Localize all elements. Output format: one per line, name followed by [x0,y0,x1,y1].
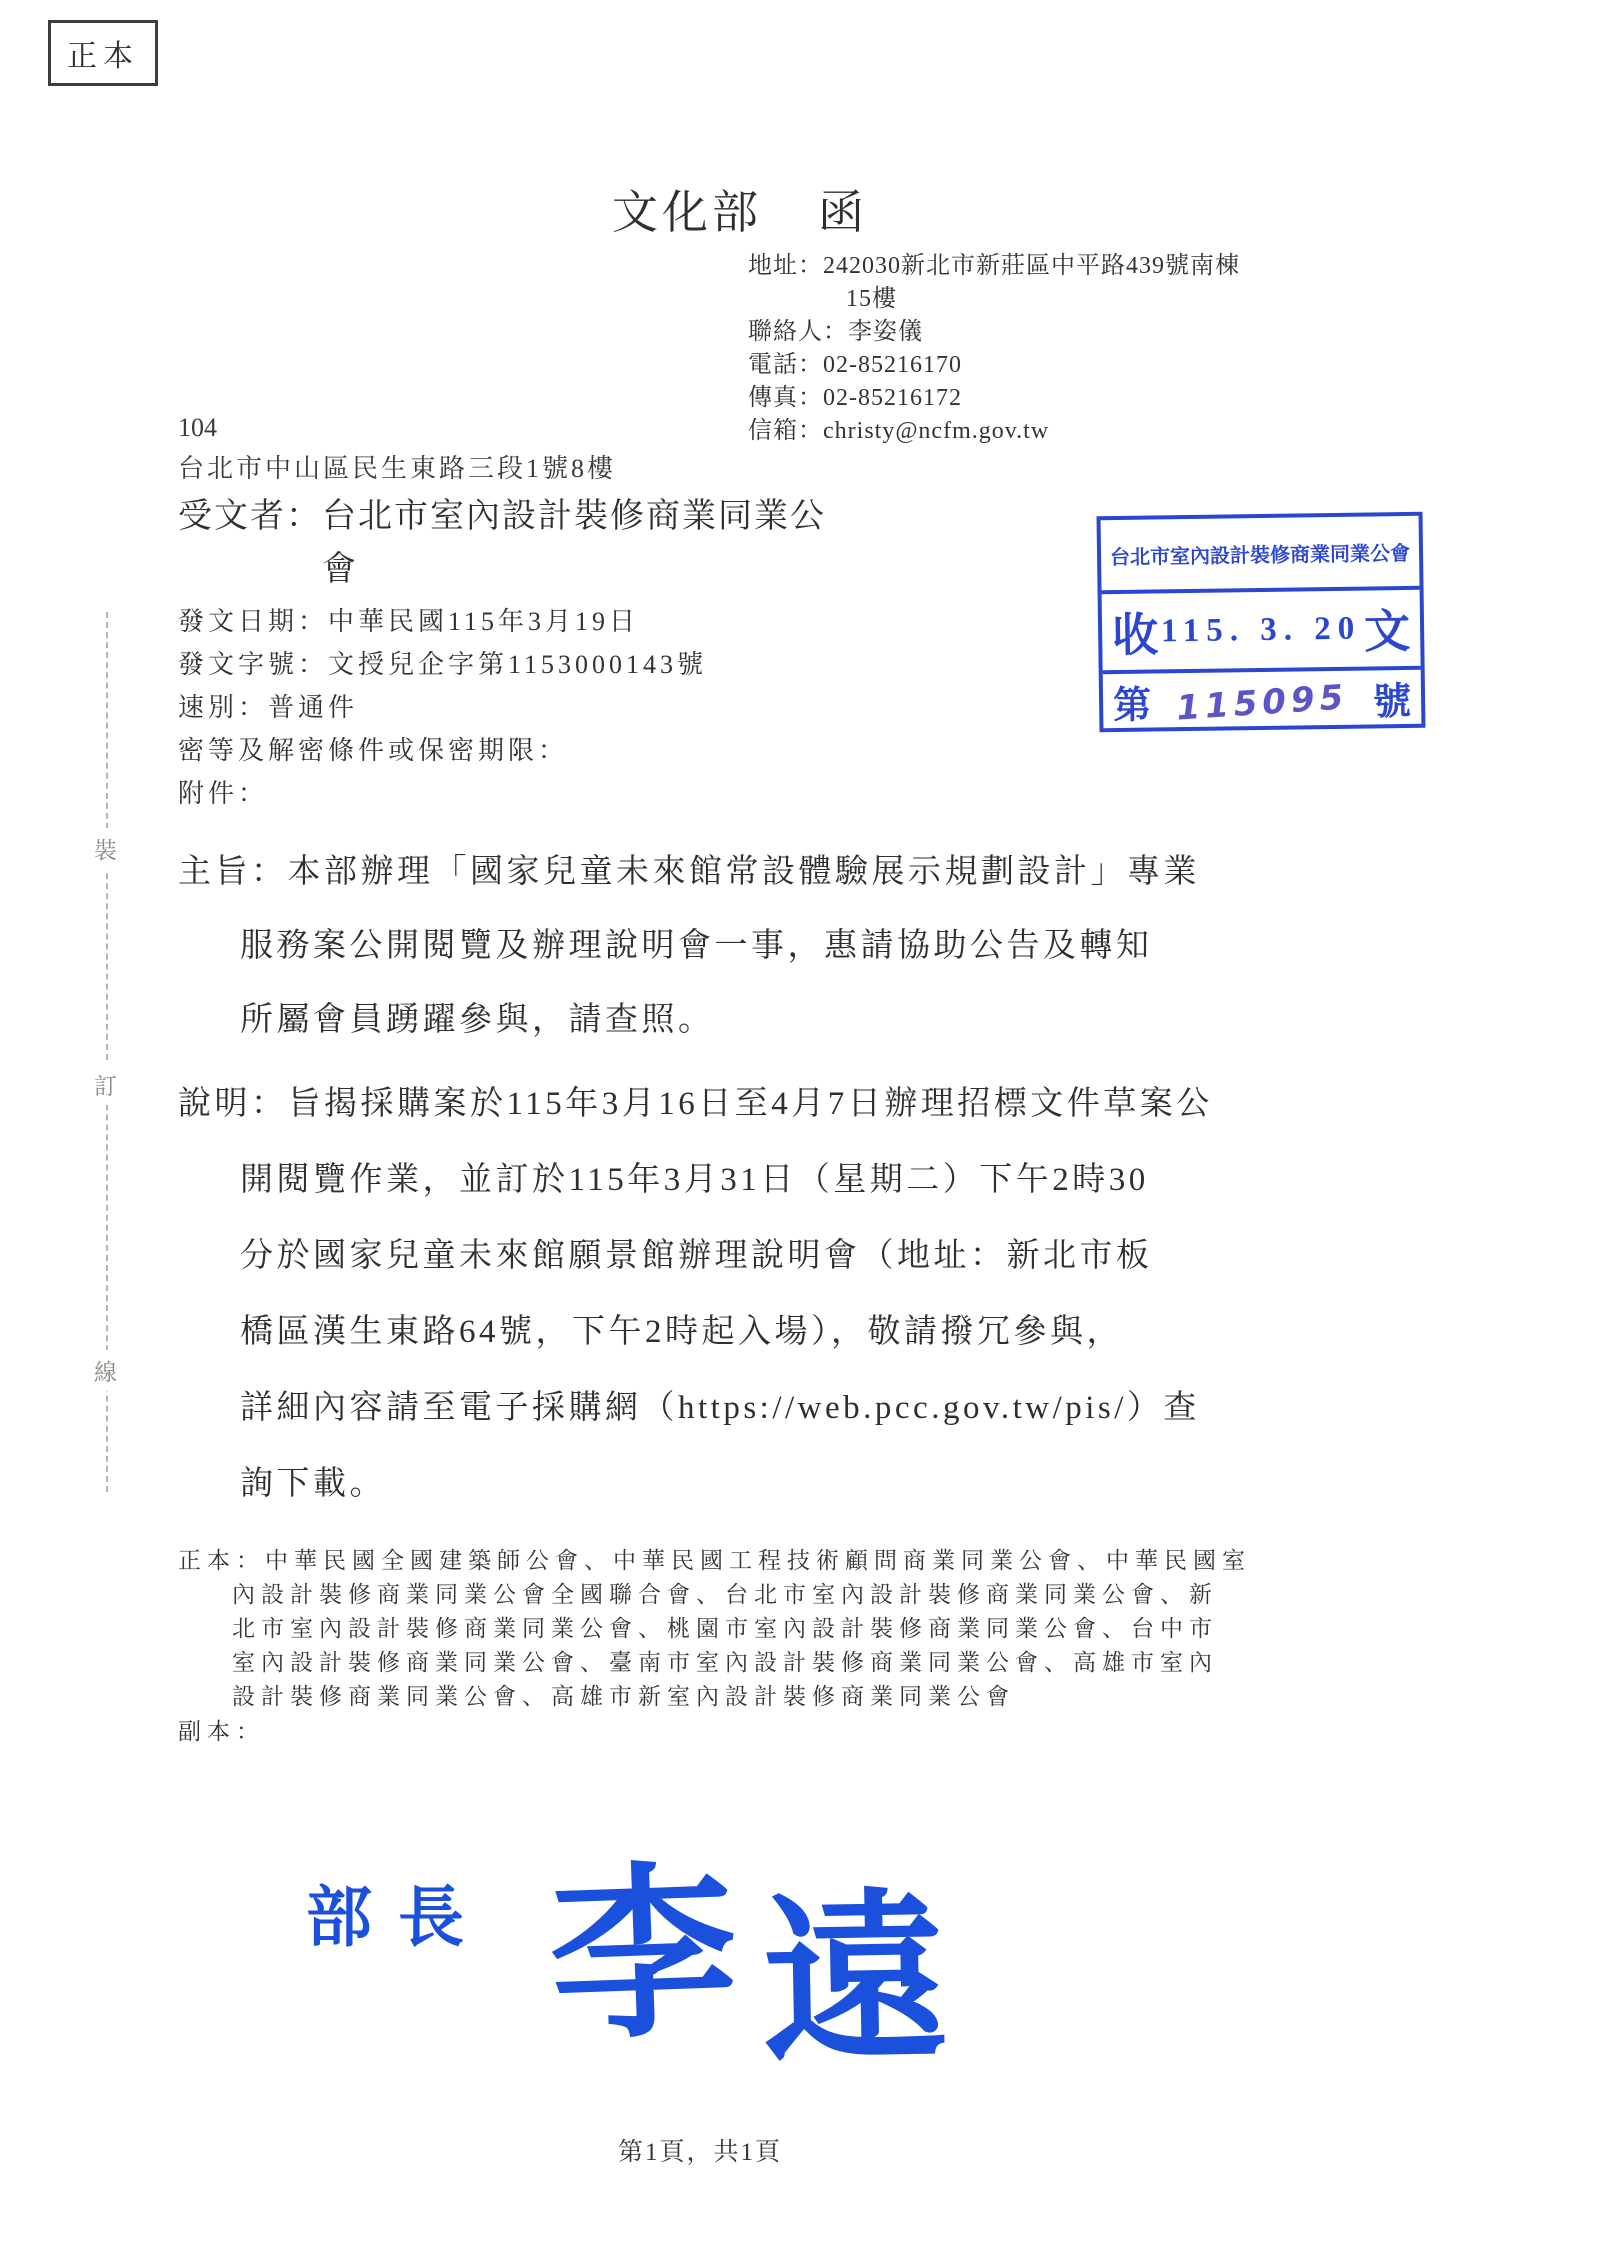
sender-address-value: 242030新北市新莊區中平路439號南棟 [823,253,1240,279]
sender-email-line: 信箱：christy@ncfm.gov.tw [748,415,1240,448]
distribution-original-line-3: 北市室內設計裝修商業同業公會、桃園市室內設計裝修商業同業公會、台中市 [232,1610,1218,1643]
sender-phone-value: 02-85216170 [823,352,962,378]
description-line-5: 詳細內容請至電子採購網（https://web.pcc.gov.tw/pis/）… [240,1381,1200,1428]
subject-text-1: 本部辦理「國家兒童未來館常設體驗展示規劃設計」專業 [288,854,1201,890]
subject-line-1: 主旨：本部辦理「國家兒童未來館常設體驗展示規劃設計」專業 [178,845,1200,892]
description-text-1: 旨揭採購案於115年3月16日至4月7日辦理招標文件草案公 [288,1086,1213,1122]
sender-fax-value: 02-85216172 [823,385,962,411]
distribution-copy-label: 副本： [178,1713,265,1746]
subject-label: 主旨： [178,854,288,890]
sender-email-value: christy@ncfm.gov.tw [823,418,1049,444]
binding-mark-ding: 訂 [93,1064,118,1105]
recipient-postal-code: 104 [178,413,217,443]
sender-fax-label: 傳真： [748,385,823,411]
distribution-original-line-2: 內設計裝修商業同業公會全國聯合會、台北市室內設計裝修商業同業公會、新 [232,1576,1218,1609]
recipient-name: 台北市室內設計裝修商業同業公 [322,498,826,535]
doc-number-line: 發文字號：文授兒企字第1153000143號 [178,643,707,686]
sender-contact-block: 地址：242030新北市新莊區中平路439號南棟 15樓 聯絡人：李姿儀 電話：… [748,250,1240,448]
copy-type-box: 正本 [48,20,158,86]
document-meta-block: 發文日期：中華民國115年3月19日 發文字號：文授兒企字第1153000143… [178,600,707,815]
scanned-official-letter: 裝 訂 線 正本 文化部函 地址：242030新北市新莊區中平路439號南棟 1… [0,0,1600,2262]
description-line-3: 分於國家兒童未來館願景館辦理說明會（地址：新北市板 [240,1229,1153,1276]
sender-email-label: 信箱： [748,418,823,444]
distribution-original-line-1: 正本：中華民國全國建築師公會、中華民國工程技術顧問商業同業公會、中華民國室 [178,1542,1251,1575]
stamp-receive-char: 收 [1112,598,1159,665]
sender-address-line1: 地址：242030新北市新莊區中平路439號南棟 [748,250,1240,283]
signature-name-char-yuan: 遠 [760,1830,951,2100]
sender-contact-line: 聯絡人：李姿儀 [748,316,1240,349]
stamp-number-suffix: 號 [1373,669,1412,725]
subject-line-2: 服務案公開閱覽及辦理說明會一事，惠請協助公告及轉知 [240,919,1153,966]
issue-date-line: 發文日期：中華民國115年3月19日 [178,600,707,643]
stamp-receive-date: 115. 3. 20 [1161,610,1362,650]
stamp-receive-row: 收 115. 3. 20 文 [1102,590,1421,674]
stamp-org-name: 台北市室內設計裝修商業同業公會 [1101,516,1420,594]
sender-contact-label: 聯絡人： [748,319,848,345]
copy-type-label: 正本 [67,40,139,73]
signature-minister-title: 部長 [306,1864,490,1959]
stamp-handwritten-number: 115095 [1175,677,1349,728]
attachment-line: 附件： [178,772,707,815]
document-type: 函 [818,187,868,238]
distribution-original-label: 正本： [178,1548,265,1573]
security-line: 密等及解密條件或保密期限： [178,729,707,772]
distribution-original-line-4: 室內設計裝修商業同業公會、臺南市室內設計裝修商業同業公會、高雄市室內 [232,1644,1218,1677]
binding-mark-zhuang: 裝 [93,828,118,869]
sender-phone-label: 電話： [748,352,823,378]
sender-address-line2: 15樓 [748,283,1240,316]
recipient-label: 受文者： [178,498,322,535]
recipient-address: 台北市中山區民生東路三段1號8樓 [178,448,616,485]
binding-mark-xian: 線 [93,1350,118,1391]
speed-line: 速別：普通件 [178,686,707,729]
distribution-original-text-1: 中華民國全國建築師公會、中華民國工程技術顧問商業同業公會、中華民國室 [265,1548,1251,1573]
issuing-org-name: 文化部 [612,187,762,238]
distribution-original-line-5: 設計裝修商業同業公會、高雄市新室內設計裝修商業同業公會 [232,1678,1015,1711]
description-line-2: 開閱覽作業，並訂於115年3月31日（星期二）下午2時30 [240,1153,1149,1200]
recipient-name-line1: 受文者：台北市室內設計裝修商業同業公 [178,488,826,537]
stamp-doc-char: 文 [1364,595,1411,662]
document-title: 文化部函 [612,176,868,242]
sender-address-label: 地址： [748,253,823,279]
sender-contact-name: 李姿儀 [848,319,923,345]
received-stamp: 台北市室內設計裝修商業同業公會 收 115. 3. 20 文 第 115095 … [1097,512,1426,733]
sender-phone-line: 電話：02-85216170 [748,349,1240,382]
description-line-4: 橋區漢生東路64號，下午2時起入場），敬請撥冗參與， [240,1305,1123,1352]
stamp-number-row: 第 115095 號 [1103,670,1422,728]
subject-line-3: 所屬會員踴躍參與，請查照。 [240,993,715,1040]
description-line-1: 說明：旨揭採購案於115年3月16日至4月7日辦理招標文件草案公 [178,1077,1213,1124]
recipient-name-line2: 會 [322,541,356,590]
signature-name-char-li: 李 [545,1803,740,2076]
sender-fax-line: 傳真：02-85216172 [748,382,1240,415]
sender-address-value2: 15樓 [846,286,897,312]
page-number-footer: 第1頁，共1頁 [0,2132,1400,2168]
stamp-number-prefix: 第 [1113,673,1152,729]
description-label: 說明： [178,1086,288,1122]
description-line-6: 詢下載。 [240,1457,386,1504]
